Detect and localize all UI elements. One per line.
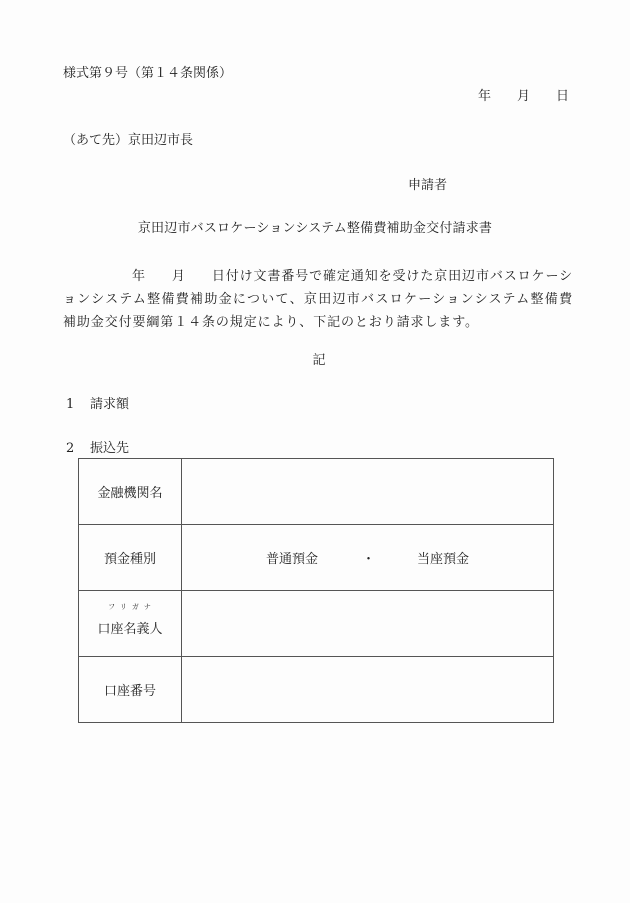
account-number-label: 口座番号 bbox=[79, 657, 182, 723]
deposit-type-label: 預金種別 bbox=[79, 525, 182, 591]
date-day-label: 日 bbox=[556, 90, 569, 103]
addressee: （あて先）京田辺市長 bbox=[63, 134, 193, 147]
deposit-type-field: 普通預金 ・ 当座預金 bbox=[182, 525, 554, 591]
table-row: フリガナ 口座名義人 bbox=[79, 591, 554, 657]
applicant-label: 申請者 bbox=[408, 179, 447, 192]
form-number: 様式第９号（第１４条関係） bbox=[63, 67, 232, 80]
table-row: 金融機関名 bbox=[79, 459, 554, 525]
item-number: 2 bbox=[66, 442, 90, 455]
account-holder-label-text: 口座名義人 bbox=[97, 622, 162, 637]
request-body: 年月日付け文書番号で確定通知を受けた京田辺市バスロケーションシステム整備費補助金… bbox=[63, 265, 573, 334]
bank-account-table: 金融機関名 預金種別 普通預金 ・ 当座預金 フリガナ 口座名義人 口座番号 bbox=[78, 458, 554, 723]
item-request-amount: 1請求額 bbox=[66, 398, 129, 411]
table-row: 口座番号 bbox=[79, 657, 554, 723]
account-holder-label: フリガナ 口座名義人 bbox=[79, 591, 182, 657]
date-year-label: 年 bbox=[478, 90, 491, 103]
item-label: 請求額 bbox=[90, 397, 129, 412]
deposit-option-ordinary[interactable]: 普通預金 bbox=[266, 548, 318, 567]
item-number: 1 bbox=[66, 398, 90, 411]
bank-name-label: 金融機関名 bbox=[79, 459, 182, 525]
bank-name-field[interactable] bbox=[182, 459, 554, 525]
date-month-label: 月 bbox=[517, 90, 530, 103]
note-heading: 記 bbox=[0, 354, 630, 367]
table-row: 預金種別 普通預金 ・ 当座預金 bbox=[79, 525, 554, 591]
body-year: 年 bbox=[132, 269, 146, 284]
deposit-option-checking[interactable]: 当座預金 bbox=[417, 548, 469, 567]
furigana-label: フリガナ bbox=[79, 602, 181, 612]
item-label: 振込先 bbox=[90, 441, 129, 456]
account-number-field[interactable] bbox=[182, 657, 554, 723]
document-title: 京田辺市バスロケーションシステム整備費補助金交付請求書 bbox=[0, 222, 630, 235]
body-month: 月 bbox=[172, 269, 186, 284]
account-holder-field[interactable] bbox=[182, 591, 554, 657]
item-transfer-destination: 2振込先 bbox=[66, 442, 129, 455]
deposit-separator: ・ bbox=[362, 548, 375, 567]
date-line: 年 月 日 bbox=[478, 90, 569, 103]
